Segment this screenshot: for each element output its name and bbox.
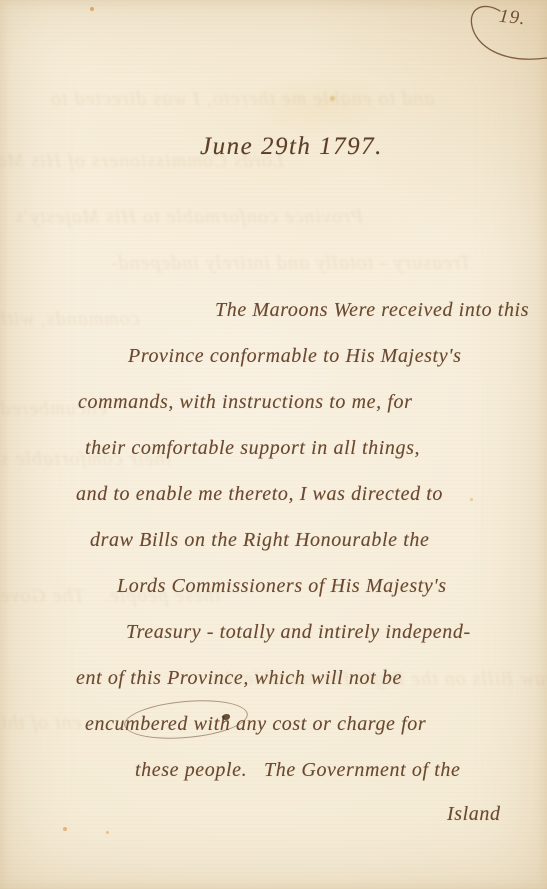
manuscript-line: and to enable me thereto, I was directed… [60,471,542,517]
manuscript-line: Treasury - totally and intirely independ… [60,609,542,655]
foxing-spot [63,827,67,831]
date-line: June 29th 1797. [200,133,383,161]
manuscript-line: encumbered with any cost or charge for [60,701,542,747]
manuscript-line: commands, with instructions to me, for [60,379,542,425]
manuscript-line: Lords Commissioners of His Majesty's [60,563,542,609]
letter-body: The Maroons Were received into thisProvi… [60,287,542,793]
manuscript-page: and to enable me thereto, I was directed… [0,0,547,889]
show-through-line: Treasury - totally and intirely independ… [110,252,471,275]
foxing-spot [90,7,94,11]
paper-stain [250,70,390,140]
show-through-line: and to enable me thereto, I was directed… [50,88,434,111]
show-through-line: Province conformable to His Majesty's [15,206,363,229]
page-number: 19. [498,6,527,31]
manuscript-line: The Maroons Were received into this [60,287,542,333]
manuscript-line: their comfortable support in all things, [60,425,542,471]
foxing-spot [106,831,109,834]
foxing-spot [330,96,335,101]
catchword: Island [447,803,501,826]
manuscript-line: these people. The Government of the [60,747,542,793]
manuscript-line: ent of this Province, which will not be [60,655,542,701]
manuscript-line: Province conformable to His Majesty's [60,333,542,379]
manuscript-line: draw Bills on the Right Honourable the [60,517,542,563]
